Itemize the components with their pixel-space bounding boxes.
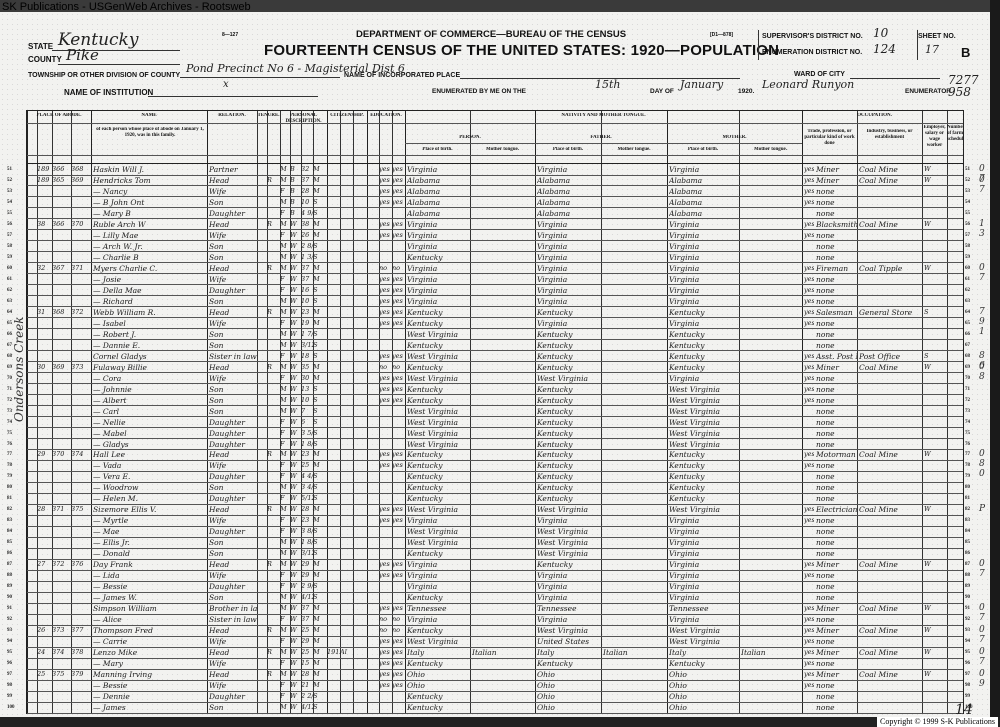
- cell-marital: M: [313, 373, 327, 384]
- cell-name: Fulaway Billie: [93, 362, 207, 373]
- cell-dwelling: [52, 614, 71, 625]
- cell-father-tongue: [603, 526, 667, 537]
- table-row: 9090— James W.SonMW4/12SKentuckyVirginia…: [27, 592, 963, 603]
- cell-sex: F: [280, 515, 290, 526]
- cell-immigration: [327, 219, 340, 230]
- cell-name: — Robert J.: [93, 329, 207, 340]
- col-mother-tongue: Mother tongue.: [739, 147, 802, 153]
- cell-name: Sizemore Ellis V.: [93, 504, 207, 515]
- cell-industry: [859, 428, 922, 439]
- cell-sex: F: [280, 439, 290, 450]
- cell-age: 37: [301, 614, 313, 625]
- cell-mother-birth: Kentucky: [669, 449, 739, 460]
- margin-code: 1 3: [979, 219, 985, 239]
- cell-father-birth: Kentucky: [537, 658, 601, 669]
- cell-class: [924, 197, 947, 208]
- cell-father-birth: Virginia: [537, 274, 601, 285]
- cell-read: yes: [379, 636, 392, 647]
- cell-immigration: [327, 603, 340, 614]
- cell-mother-birth: Alabama: [669, 197, 739, 208]
- cell-trade: Miner: [816, 603, 857, 614]
- cell-marital: M: [313, 614, 327, 625]
- cell-trade: Miner: [816, 559, 857, 570]
- cell-name: — Nancy: [93, 186, 207, 197]
- cell-house: [37, 417, 52, 428]
- cell-tongue: [472, 428, 535, 439]
- cell-tenure: R: [267, 504, 280, 515]
- cell-english: [804, 471, 814, 482]
- cell-industry: Post Office: [859, 351, 922, 362]
- cell-marital: M: [313, 570, 327, 581]
- cell-immigration: [327, 230, 340, 241]
- cell-english: [804, 592, 814, 603]
- cell-family: 370: [71, 219, 91, 230]
- cell-birth: Kentucky: [407, 625, 470, 636]
- cell-father-tongue: [603, 252, 667, 263]
- col-name: NAME: [91, 113, 207, 119]
- cell-tongue: [472, 460, 535, 471]
- cell-age: 2 8/12: [301, 241, 313, 252]
- cell-read: yes: [379, 647, 392, 658]
- cell-write: yes: [392, 603, 405, 614]
- cell-family: [71, 603, 91, 614]
- cell-english: yes: [804, 175, 814, 186]
- cell-mother-tongue: [741, 680, 802, 691]
- table-row: 8686— DonaldSonMW3/12SKentuckyWest Virgi…: [27, 548, 963, 559]
- cell-house: [37, 384, 52, 395]
- cell-sex: M: [280, 504, 290, 515]
- cell-age: 32: [301, 164, 313, 175]
- cell-dwelling: [52, 570, 71, 581]
- cell-read: no: [379, 263, 392, 274]
- cell-trade: none: [816, 515, 857, 526]
- cell-father-tongue: [603, 230, 667, 241]
- cell-family: [71, 548, 91, 559]
- cell-class: [924, 285, 947, 296]
- cell-race: W: [290, 329, 301, 340]
- cell-tenure: [267, 515, 280, 526]
- cell-relation: Wife: [209, 186, 257, 197]
- cell-sex: M: [280, 340, 290, 351]
- cell-house: [37, 493, 52, 504]
- cell-sex: F: [280, 691, 290, 702]
- cell-industry: [859, 274, 922, 285]
- cell-relation: Wife: [209, 373, 257, 384]
- cell-marital: M: [313, 318, 327, 329]
- cell-read: yes: [379, 384, 392, 395]
- cell-dwelling: [52, 285, 71, 296]
- cell-tenure: [267, 395, 280, 406]
- cell-dwelling: [52, 373, 71, 384]
- cell-father-tongue: [603, 219, 667, 230]
- cell-sex: F: [280, 493, 290, 504]
- cell-immigration: [327, 318, 340, 329]
- cell-family: [71, 680, 91, 691]
- cell-birth: West Virginia: [407, 439, 470, 450]
- cell-relation: Wife: [209, 318, 257, 329]
- line-number: 62: [965, 288, 970, 293]
- cell-house: 32: [37, 263, 52, 274]
- sheet-label: SHEET NO.: [918, 33, 956, 40]
- col-person: PERSON.: [405, 135, 535, 141]
- cell-mother-birth: West Virginia: [669, 428, 739, 439]
- cell-mother-tongue: [741, 252, 802, 263]
- cell-tongue: [472, 669, 535, 680]
- cell-mother-birth: Virginia: [669, 559, 739, 570]
- cell-write: [392, 439, 405, 450]
- cell-marital: M: [313, 559, 327, 570]
- cell-immigration: [327, 307, 340, 318]
- cell-father-birth: Alabama: [537, 175, 601, 186]
- cell-race: W: [290, 307, 301, 318]
- cell-tongue: [472, 504, 535, 515]
- cell-write: yes: [392, 570, 405, 581]
- cell-class: [924, 439, 947, 450]
- cell-dwelling: 372: [52, 559, 71, 570]
- cell-race: W: [290, 559, 301, 570]
- cell-industry: General Store: [859, 307, 922, 318]
- cell-tenure: [267, 384, 280, 395]
- cell-marital: M: [313, 307, 327, 318]
- cell-birth: Alabama: [407, 197, 470, 208]
- cell-read: yes: [379, 186, 392, 197]
- cell-naturalized: [340, 428, 353, 439]
- cell-father-birth: Italy: [537, 647, 601, 658]
- table-row: 7575— MabelDaughterFW3 5/12SWest Virgini…: [27, 428, 963, 439]
- cell-read: yes: [379, 449, 392, 460]
- cell-family: [71, 493, 91, 504]
- cell-birth: West Virginia: [407, 526, 470, 537]
- cell-class: [924, 296, 947, 307]
- cell-trade: none: [816, 373, 857, 384]
- cell-trade: Blacksmith: [816, 219, 857, 230]
- line-number: 85: [7, 540, 12, 545]
- cell-family: [71, 691, 91, 702]
- cell-tenure: [267, 658, 280, 669]
- cell-class: W: [924, 669, 947, 680]
- cell-family: 371: [71, 263, 91, 274]
- cell-age: 5/12: [301, 493, 313, 504]
- cell-mother-tongue: [741, 307, 802, 318]
- cell-age: 18: [301, 351, 313, 362]
- cell-industry: [859, 636, 922, 647]
- cell-industry: [859, 493, 922, 504]
- cell-industry: [859, 329, 922, 340]
- cell-house: [37, 241, 52, 252]
- col-nativity: NATIVITY AND MOTHER TONGUE.: [405, 113, 802, 119]
- cell-age: 16: [301, 285, 313, 296]
- cell-mother-tongue: [741, 559, 802, 570]
- cell-family: [71, 702, 91, 713]
- cell-english: [804, 439, 814, 450]
- cell-mother-tongue: [741, 329, 802, 340]
- table-row: 5353— NancyWifeFB28MyesyesAlabamaAlabama…: [27, 186, 963, 197]
- cell-relation: Head: [209, 362, 257, 373]
- institution-value: x: [223, 79, 229, 90]
- cell-read: [379, 340, 392, 351]
- cell-dwelling: [52, 493, 71, 504]
- cell-english: yes: [804, 274, 814, 285]
- cell-relation: Daughter: [209, 526, 257, 537]
- cell-write: yes: [392, 274, 405, 285]
- cell-read: yes: [379, 296, 392, 307]
- line-number: 62: [7, 288, 12, 293]
- cell-tenure: R: [267, 307, 280, 318]
- cell-trade: none: [816, 340, 857, 351]
- cell-mother-tongue: [741, 669, 802, 680]
- cell-father-birth: Alabama: [537, 208, 601, 219]
- cell-father-tongue: [603, 669, 667, 680]
- cell-write: [392, 548, 405, 559]
- cell-class: [924, 482, 947, 493]
- cell-mother-tongue: [741, 428, 802, 439]
- cell-tenure: [267, 570, 280, 581]
- cell-english: yes: [804, 395, 814, 406]
- cell-father-tongue: [603, 417, 667, 428]
- cell-write: [392, 329, 405, 340]
- cell-mother-birth: Virginia: [669, 296, 739, 307]
- cell-sex: F: [280, 526, 290, 537]
- line-number: 87: [965, 562, 970, 567]
- cell-father-birth: Kentucky: [537, 428, 601, 439]
- cell-trade: none: [816, 658, 857, 669]
- cell-relation: Daughter: [209, 471, 257, 482]
- cell-father-birth: Virginia: [537, 241, 601, 252]
- cell-father-tongue: [603, 702, 667, 713]
- cell-age: 38: [301, 219, 313, 230]
- cell-birth: Kentucky: [407, 318, 470, 329]
- cell-age: 37: [301, 274, 313, 285]
- table-row: 9696— MaryWifeFW15MyesyesKentuckyKentuck…: [27, 658, 963, 669]
- cell-age: 23: [301, 515, 313, 526]
- cell-father-birth: Virginia: [537, 285, 601, 296]
- cell-tongue: [472, 417, 535, 428]
- cell-name: Hendricks Tom: [93, 175, 207, 186]
- cell-english: [804, 252, 814, 263]
- cell-trade: none: [816, 274, 857, 285]
- table-row: 828228371375Sizemore Ellis V.HeadRMW28My…: [27, 504, 963, 515]
- cell-read: yes: [379, 395, 392, 406]
- cell-family: [71, 329, 91, 340]
- cell-mother-birth: Virginia: [669, 164, 739, 175]
- cell-class: S: [924, 351, 947, 362]
- cell-immigration: [327, 373, 340, 384]
- cell-mother-tongue: [741, 439, 802, 450]
- cell-father-tongue: [603, 428, 667, 439]
- cell-marital: S: [313, 471, 327, 482]
- cell-house: [37, 428, 52, 439]
- cell-write: [392, 406, 405, 417]
- cell-birth: Virginia: [407, 230, 470, 241]
- cell-family: [71, 471, 91, 482]
- cell-industry: [859, 471, 922, 482]
- cell-immigration: [327, 625, 340, 636]
- cell-naturalized: [340, 186, 353, 197]
- line-number: 59: [7, 255, 12, 260]
- table-row: 979725375379Manning IrvingHeadRMW28Myesy…: [27, 669, 963, 680]
- table-row: 5757— Lilly MaeWifeFW26MyesyesVirginiaVi…: [27, 230, 963, 241]
- enumerated-label: ENUMERATED BY ME ON THE: [432, 88, 526, 95]
- cell-relation: Daughter: [209, 493, 257, 504]
- cell-father-birth: United States: [537, 636, 601, 647]
- cell-relation: Wife: [209, 636, 257, 647]
- col-occupation: OCCUPATION.: [802, 113, 947, 119]
- cell-race: B: [290, 208, 301, 219]
- cell-trade: Electrician: [816, 504, 857, 515]
- cell-family: 379: [71, 669, 91, 680]
- line-number: 60: [965, 266, 970, 271]
- cell-mother-birth: Virginia: [669, 537, 739, 548]
- cell-sex: F: [280, 208, 290, 219]
- cell-mother-birth: Virginia: [669, 241, 739, 252]
- cell-father-birth: Kentucky: [537, 449, 601, 460]
- table-row: 5959— Charlie BSonMW1 3/12SKentuckyVirgi…: [27, 252, 963, 263]
- cell-immigration: [327, 175, 340, 186]
- line-number: 67: [965, 343, 970, 348]
- cell-mother-birth: West Virginia: [669, 417, 739, 428]
- cell-english: yes: [804, 186, 814, 197]
- cell-sex: M: [280, 197, 290, 208]
- cell-relation: Brother in law: [209, 603, 257, 614]
- cell-write: no: [392, 614, 405, 625]
- cell-trade: none: [816, 417, 857, 428]
- cell-family: [71, 592, 91, 603]
- cell-father-tongue: [603, 482, 667, 493]
- line-number: 58: [965, 244, 970, 249]
- cell-relation: Wife: [209, 515, 257, 526]
- line-number: 96: [7, 661, 12, 666]
- cell-father-tongue: [603, 592, 667, 603]
- cell-birth: Virginia: [407, 581, 470, 592]
- cell-immigration: [327, 614, 340, 625]
- cell-name: Simpson William: [93, 603, 207, 614]
- cell-name: Cornel Gladys: [93, 351, 207, 362]
- cell-english: yes: [804, 285, 814, 296]
- cell-sex: F: [280, 428, 290, 439]
- cell-name: Haskin Will J.: [93, 164, 207, 175]
- cell-read: [379, 241, 392, 252]
- cell-age: 3/12: [301, 548, 313, 559]
- cell-marital: S: [313, 395, 327, 406]
- line-number: 64: [965, 310, 970, 315]
- table-row: 6262— Della MaeDaughterFW16SyesyesVirgin…: [27, 285, 963, 296]
- cell-relation: Sister in law: [209, 614, 257, 625]
- line-number: 89: [965, 584, 970, 589]
- cell-race: W: [290, 395, 301, 406]
- cell-tongue: [472, 230, 535, 241]
- cell-naturalized: [340, 482, 353, 493]
- cell-race: W: [290, 373, 301, 384]
- cell-mother-tongue: [741, 373, 802, 384]
- line-number: 91: [7, 606, 12, 611]
- cell-mother-birth: Kentucky: [669, 658, 739, 669]
- cell-dwelling: 375: [52, 669, 71, 680]
- col-name-desc: of each person whose place of abode on J…: [95, 127, 205, 139]
- cell-mother-tongue: [741, 515, 802, 526]
- cell-father-tongue: [603, 603, 667, 614]
- cell-write: [392, 493, 405, 504]
- cell-age: 37: [301, 263, 313, 274]
- cell-age: 23: [301, 449, 313, 460]
- cell-industry: [859, 548, 922, 559]
- cell-read: [379, 471, 392, 482]
- cell-father-tongue: [603, 197, 667, 208]
- cell-family: [71, 197, 91, 208]
- line-number: 78: [7, 463, 12, 468]
- cell-father-tongue: [603, 307, 667, 318]
- line-number: 60: [7, 266, 12, 271]
- cell-race: W: [290, 482, 301, 493]
- cell-name: — Woodrow: [93, 482, 207, 493]
- cell-write: [392, 340, 405, 351]
- cell-class: W: [924, 219, 947, 230]
- enumerator-label: ENUMERATOR.: [905, 88, 953, 95]
- form-code: [D1—878]: [710, 32, 733, 38]
- cell-sex: M: [280, 625, 290, 636]
- cell-write: yes: [392, 515, 405, 526]
- table-row: 939326373377Thompson FredHeadRMW25MnonoK…: [27, 625, 963, 636]
- cell-name: — Myrtle: [93, 515, 207, 526]
- cell-marital: M: [313, 263, 327, 274]
- cell-read: yes: [379, 658, 392, 669]
- cell-name: — Mary: [93, 658, 207, 669]
- line-number: 96: [965, 661, 970, 666]
- cell-birth: Virginia: [407, 296, 470, 307]
- cell-trade: none: [816, 526, 857, 537]
- cell-tongue: [472, 186, 535, 197]
- cell-age: 4/12: [301, 592, 313, 603]
- col-father-birth: Place of birth.: [535, 147, 601, 153]
- cell-english: yes: [804, 460, 814, 471]
- cell-mother-birth: Virginia: [669, 526, 739, 537]
- cell-mother-birth: West Virginia: [669, 395, 739, 406]
- cell-english: yes: [804, 570, 814, 581]
- cell-class: [924, 417, 947, 428]
- cell-industry: [859, 680, 922, 691]
- cell-tenure: R: [267, 449, 280, 460]
- cell-trade: none: [816, 460, 857, 471]
- cell-father-tongue: [603, 636, 667, 647]
- cell-sex: M: [280, 482, 290, 493]
- cell-mother-birth: West Virginia: [669, 625, 739, 636]
- cell-naturalized: [340, 329, 353, 340]
- cell-age: 28: [301, 669, 313, 680]
- cell-relation: Daughter: [209, 428, 257, 439]
- cell-mother-tongue: [741, 241, 802, 252]
- cell-marital: S: [313, 482, 327, 493]
- cell-sex: F: [280, 318, 290, 329]
- cell-relation: Son: [209, 296, 257, 307]
- cell-marital: M: [313, 647, 327, 658]
- cell-family: [71, 526, 91, 537]
- cell-tongue: [472, 252, 535, 263]
- cell-birth: West Virginia: [407, 636, 470, 647]
- line-number: 63: [965, 299, 970, 304]
- line-number: 57: [965, 233, 970, 238]
- cell-industry: Coal Mine: [859, 625, 922, 636]
- cell-english: [804, 691, 814, 702]
- cell-birth: Kentucky: [407, 592, 470, 603]
- cell-mother-birth: Virginia: [669, 581, 739, 592]
- cell-tongue: [472, 636, 535, 647]
- cell-father-tongue: [603, 373, 667, 384]
- cell-marital: M: [313, 274, 327, 285]
- cell-house: [37, 439, 52, 450]
- cell-write: yes: [392, 230, 405, 241]
- cell-naturalized: [340, 526, 353, 537]
- cell-industry: [859, 384, 922, 395]
- cell-mother-birth: Kentucky: [669, 460, 739, 471]
